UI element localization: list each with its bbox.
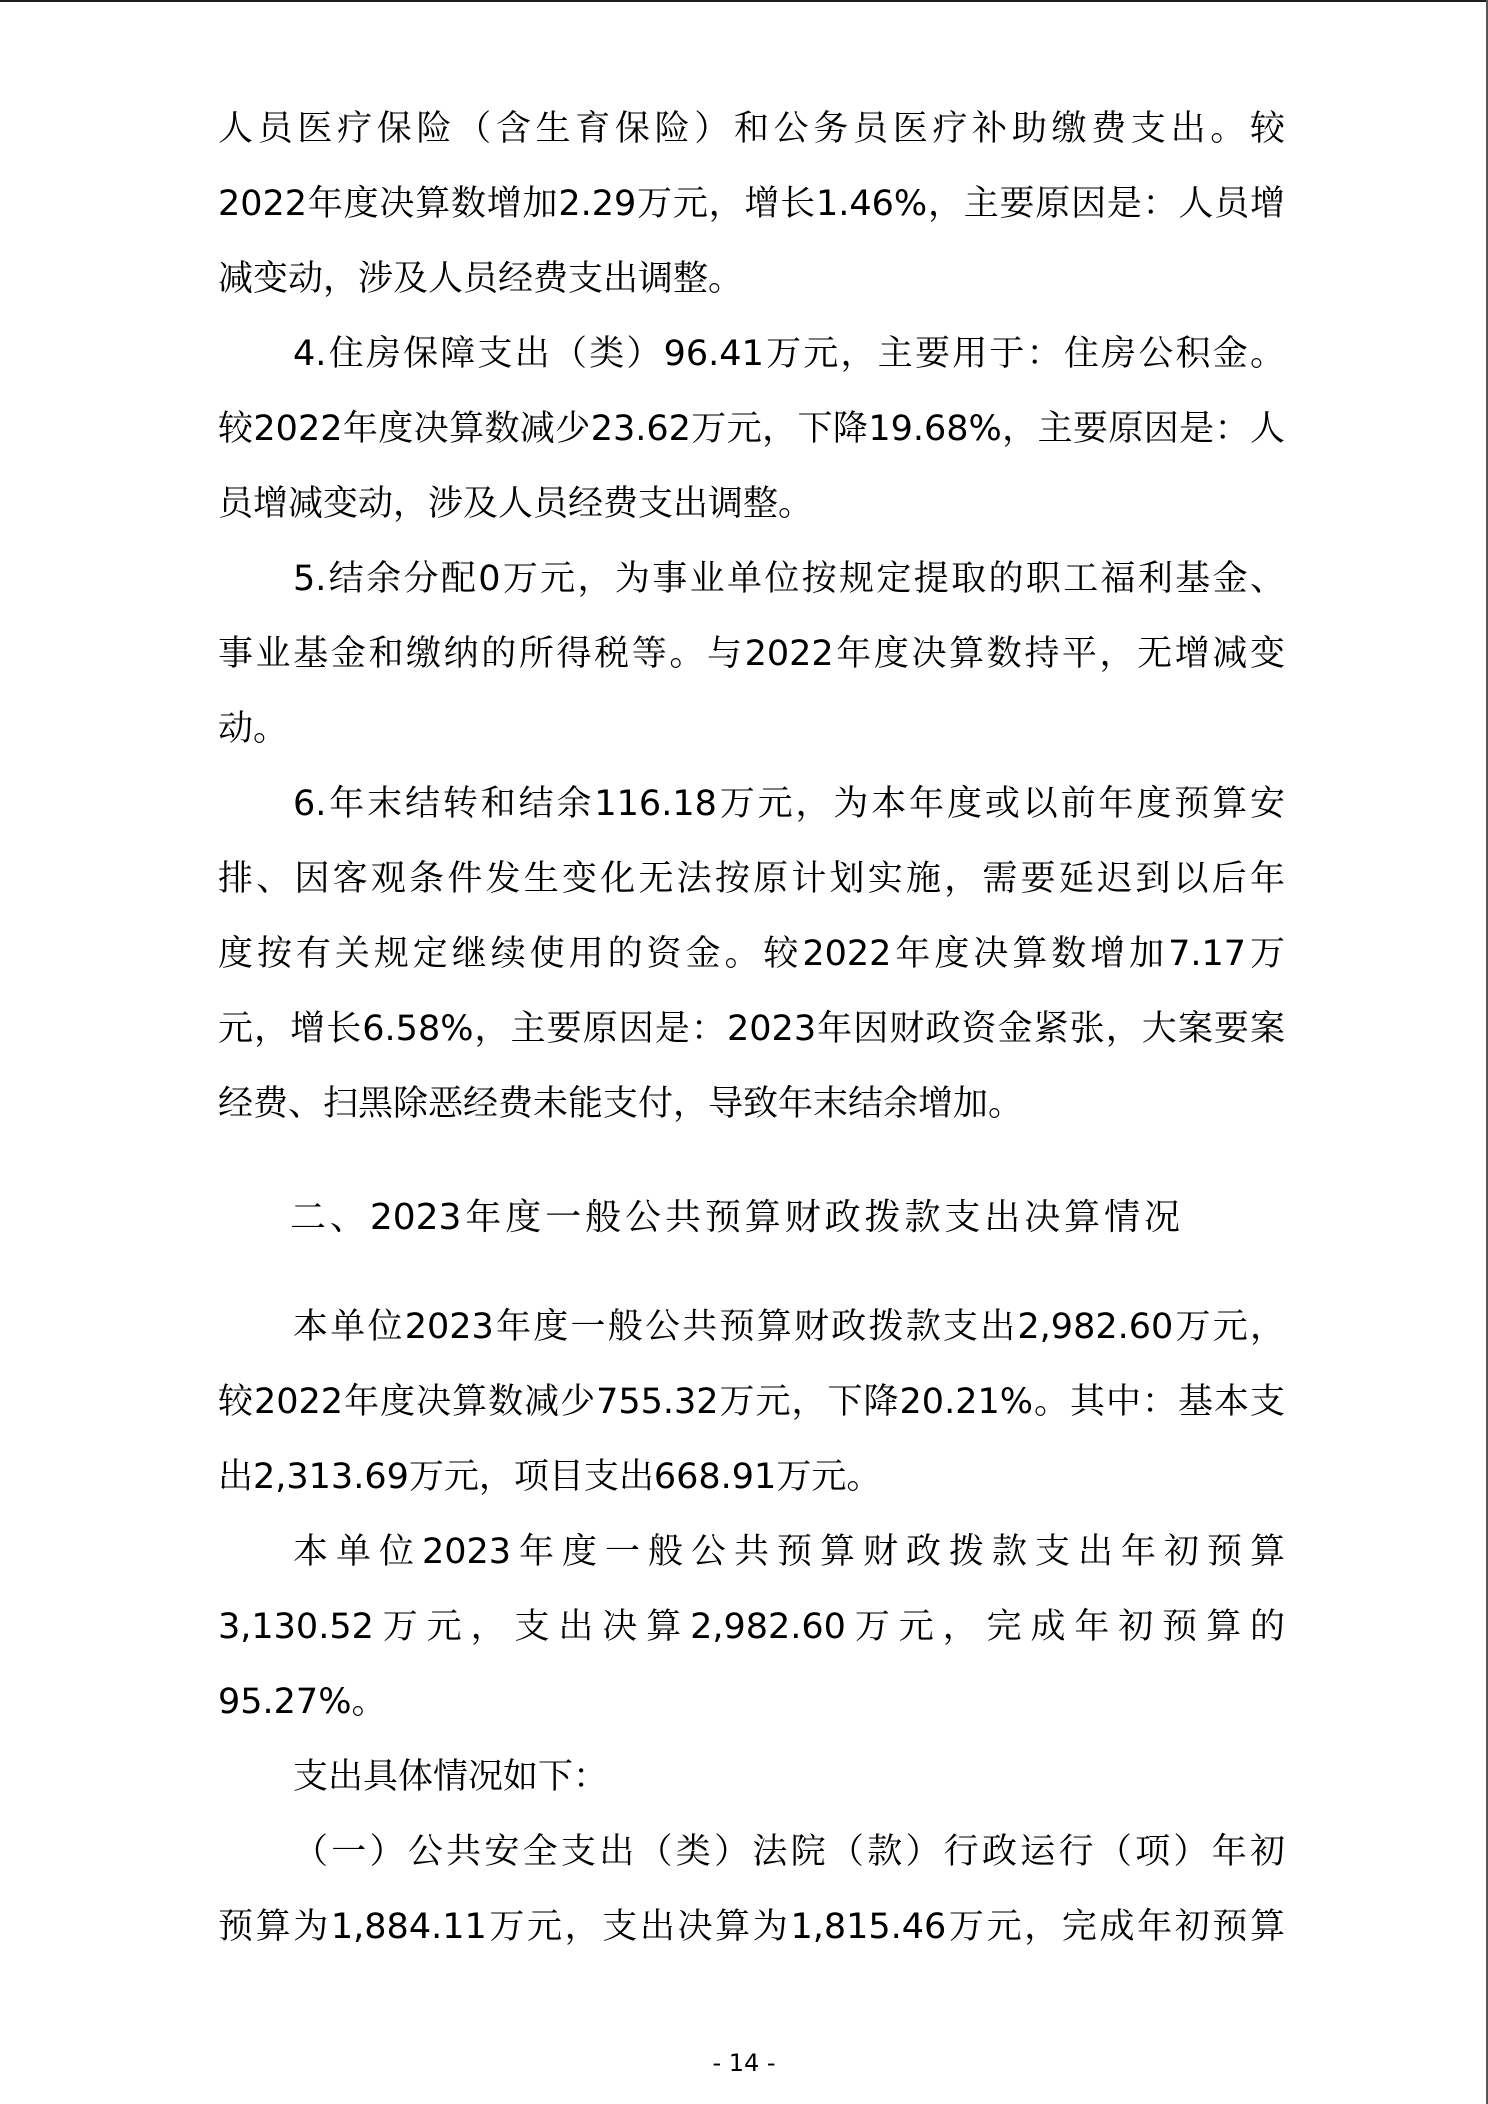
section-1-continued: 人员医疗保险（含生育保险）和公务员医疗补助缴费支出。较 2022年度决算数增加2…	[218, 92, 1285, 1142]
text-line: 减变动，涉及人员经费支出调整。	[218, 242, 1285, 317]
paragraph-details-intro: 支出具体情况如下：	[218, 1740, 1285, 1815]
text-line: 较2022年度决算数减少23.62万元，下降19.68%，主要原因是：人	[218, 392, 1285, 467]
paragraph-budget-completion: 本单位2023年度一般公共预算财政拨款支出年初预算 3,130.52万元，支出决…	[218, 1515, 1285, 1740]
text-line: 元，增长6.58%，主要原因是：2023年因财政资金紧张，大案要案	[218, 992, 1285, 1067]
text-line: 人员医疗保险（含生育保险）和公务员医疗补助缴费支出。较	[218, 92, 1285, 167]
text-line: 6.年末结转和结余116.18万元，为本年度或以前年度预算安	[218, 767, 1285, 842]
text-line: 95.27%。	[218, 1665, 1285, 1740]
text-line: 较2022年度决算数减少755.32万元，下降20.21%。其中：基本支	[218, 1365, 1285, 1440]
text-line: 4.住房保障支出（类）96.41万元，主要用于：住房公积金。	[218, 317, 1285, 392]
text-line: 预算为1,884.11万元，支出决算为1,815.46万元，完成年初预算	[218, 1890, 1285, 1965]
text-line: 事业基金和缴纳的所得税等。与2022年度决算数持平，无增减变	[218, 617, 1285, 692]
paragraph-medical-insurance-tail: 人员医疗保险（含生育保险）和公务员医疗补助缴费支出。较 2022年度决算数增加2…	[218, 92, 1285, 317]
paragraph-housing: 4.住房保障支出（类）96.41万元，主要用于：住房公积金。 较2022年度决算…	[218, 317, 1285, 542]
text-line: 本单位2023年度一般公共预算财政拨款支出年初预算	[218, 1515, 1285, 1590]
section-2-heading: 二、2023年度一般公共预算财政拨款支出决算情况	[290, 1180, 1180, 1255]
paragraph-general-budget-total: 本单位2023年度一般公共预算财政拨款支出2,982.60万元， 较2022年度…	[218, 1290, 1285, 1515]
text-line: 支出具体情况如下：	[218, 1740, 1285, 1815]
text-line: 5.结余分配0万元，为事业单位按规定提取的职工福利基金、	[218, 542, 1285, 617]
text-line: 出2,313.69万元，项目支出668.91万元。	[218, 1440, 1285, 1515]
text-line: 排、因客观条件发生变化无法按原计划实施，需要延迟到以后年	[218, 842, 1285, 917]
paragraph-surplus-distribution: 5.结余分配0万元，为事业单位按规定提取的职工福利基金、 事业基金和缴纳的所得税…	[218, 542, 1285, 767]
text-line: 2022年度决算数增加2.29万元，增长1.46%，主要原因是：人员增	[218, 167, 1285, 242]
text-line: （一）公共安全支出（类）法院（款）行政运行（项）年初	[218, 1815, 1285, 1890]
section-2-body: 本单位2023年度一般公共预算财政拨款支出2,982.60万元， 较2022年度…	[218, 1290, 1285, 1965]
text-line: 动。	[218, 692, 1285, 767]
text-line: 3,130.52万元，支出决算2,982.60万元，完成年初预算的	[218, 1590, 1285, 1665]
text-line: 本单位2023年度一般公共预算财政拨款支出2,982.60万元，	[218, 1290, 1285, 1365]
page-number: - 14 -	[0, 2046, 1488, 2080]
paragraph-year-end-carryover: 6.年末结转和结余116.18万元，为本年度或以前年度预算安 排、因客观条件发生…	[218, 767, 1285, 1142]
document-page: 人员医疗保险（含生育保险）和公务员医疗补助缴费支出。较 2022年度决算数增加2…	[0, 0, 1488, 2104]
text-line: 员增减变动，涉及人员经费支出调整。	[218, 467, 1285, 542]
text-line: 度按有关规定继续使用的资金。较2022年度决算数增加7.17万	[218, 917, 1285, 992]
paragraph-public-security: （一）公共安全支出（类）法院（款）行政运行（项）年初 预算为1,884.11万元…	[218, 1815, 1285, 1965]
text-line: 经费、扫黑除恶经费未能支付，导致年末结余增加。	[218, 1067, 1285, 1142]
